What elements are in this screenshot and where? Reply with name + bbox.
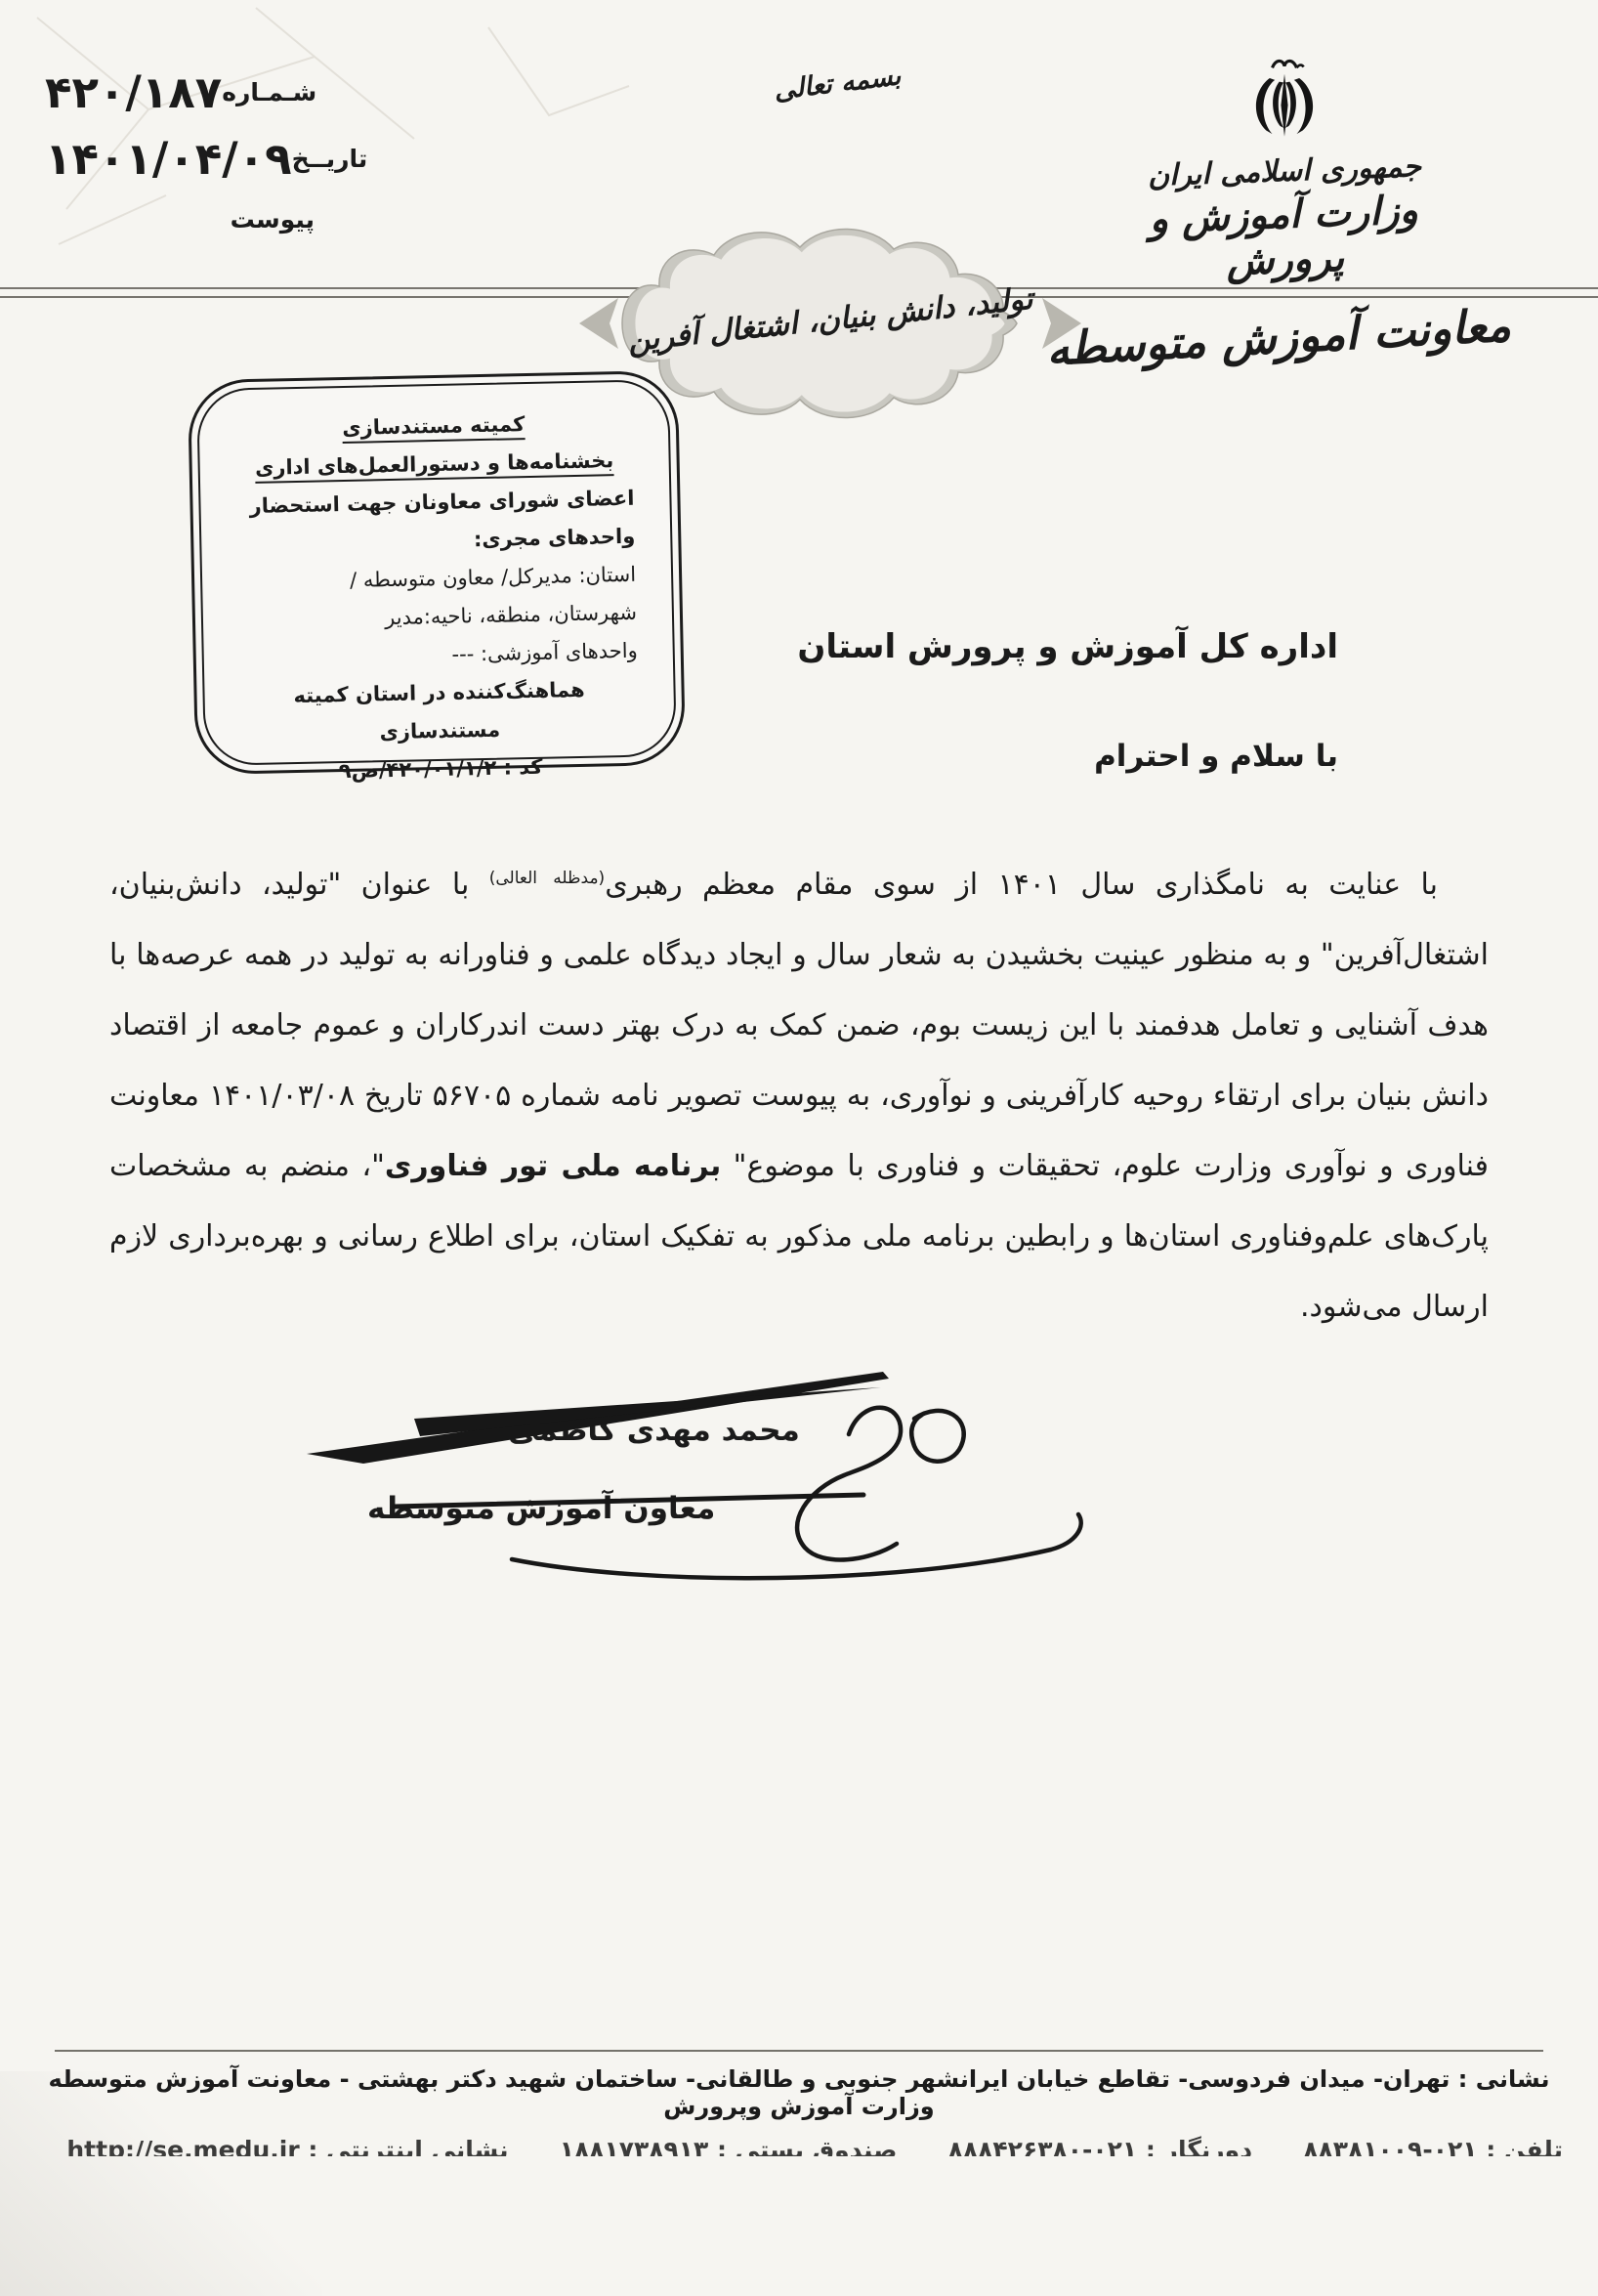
body-segment-2: با عنوان "تولید، دانش‌بنیان، اشتغال‌آفری… bbox=[109, 868, 1489, 1183]
ministry-name: وزارت آموزش و پرورش bbox=[1093, 186, 1477, 289]
besmele-text: بسمه تعالی bbox=[773, 61, 903, 106]
body-honorific-superscript: (مدظله العالی) bbox=[489, 869, 605, 888]
letter-date-value: ۱۴۰۱/۰۴/۰۹ bbox=[45, 133, 292, 185]
body-segment-1: با عنایت به نامگذاری سال ۱۴۰۱ از سوی مقا… bbox=[605, 868, 1438, 902]
documentation-committee-box: کمیته مستندسازی بخشنامه‌ها و دستورالعمل‌… bbox=[188, 370, 686, 775]
documentation-committee-box-inner: کمیته مستندسازی بخشنامه‌ها و دستورالعمل‌… bbox=[196, 379, 677, 766]
scan-corner-shadow bbox=[0, 2071, 322, 2296]
letter-number-value: ۴۲۰/۱۸۷ bbox=[45, 66, 222, 118]
letter-number-label: شـمـاره bbox=[222, 78, 316, 106]
handwritten-signature-icon bbox=[277, 1358, 1108, 1606]
letter-attachment-label: پیوست bbox=[231, 205, 315, 234]
letter-number-row: ۴۲۰/۱۸۷ شـمـاره bbox=[45, 66, 315, 118]
ministry-header-block: جمهوری اسلامی ایران وزارت آموزش و پرورش bbox=[1094, 55, 1475, 282]
signature-block: محمد مهدی کاظمی معاون آموزش متوسطه bbox=[277, 1358, 1108, 1606]
letter-date-label: تاریــخ bbox=[292, 145, 368, 173]
iran-allah-emblem-icon bbox=[1240, 55, 1329, 150]
recipient-title: اداره کل آموزش و پرورش استان bbox=[797, 627, 1338, 666]
letter-date-row: ۱۴۰۱/۰۴/۰۹ تاریــخ bbox=[45, 133, 315, 185]
scanned-letter-page: ۴۲۰/۱۸۷ شـمـاره ۱۴۰۱/۰۴/۰۹ تاریــخ پیوست… bbox=[0, 0, 1598, 2296]
stamp-code: کد : ۴۲۰/۰۱/۱/۲/ص۹ bbox=[241, 746, 641, 793]
letter-body-paragraph: با عنایت به نامگذاری سال ۱۴۰۱ از سوی مقا… bbox=[109, 850, 1489, 1342]
department-title: معاونت آموزش متوسطه bbox=[1029, 298, 1529, 377]
footer-divider bbox=[55, 2050, 1543, 2052]
stamp-line-8: هماهنگ‌کننده در استان کمیته مستندسازی bbox=[239, 670, 640, 755]
body-subject-bold: برنامه ملی تور فناوری bbox=[385, 1149, 721, 1183]
letter-attachment-row: پیوست bbox=[45, 205, 315, 234]
salutation-text: با سلام و احترام bbox=[1094, 739, 1338, 774]
